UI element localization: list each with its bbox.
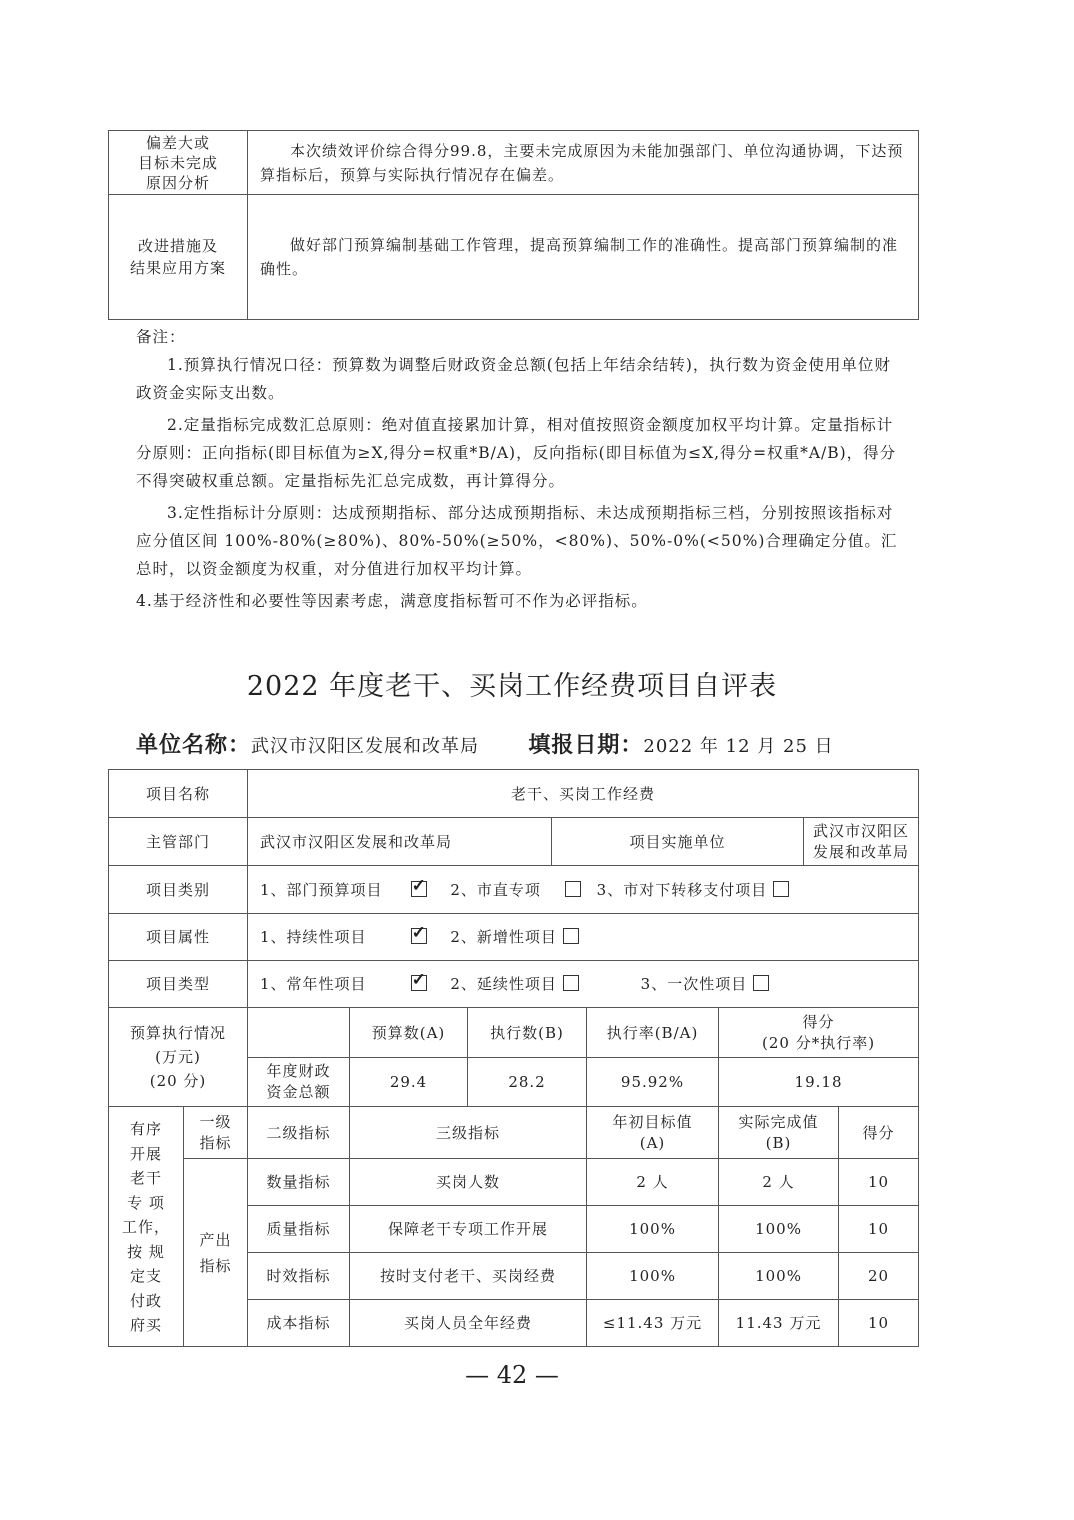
dept-label: 主管部门: [109, 818, 248, 866]
level1-value: 产出 指标: [184, 1159, 248, 1347]
date-value: 2022 年 12 月 25 日: [643, 736, 833, 757]
level2-cell: 数量指标: [248, 1159, 350, 1206]
actual-cell: 100%: [719, 1253, 839, 1300]
category-option-2: 2、市直专项: [450, 881, 541, 899]
note-item-4: 4.基于经济性和必要性等因素考虑，满意度指标暂可不作为必评指标。: [136, 587, 906, 615]
level3-header: 三级指标: [350, 1107, 587, 1159]
table-row: 产出 指标 数量指标 买岗人数 2 人 2 人 10: [109, 1159, 919, 1206]
score-cell: 10: [839, 1206, 919, 1253]
actual-cell: 11.43 万元: [719, 1300, 839, 1347]
category-option-1: 1、部门预算项目: [260, 881, 383, 899]
notes: 备注： 1.预算执行情况口径：预算数为调整后财政资金总额(包括上年结余结转)，执…: [136, 323, 906, 615]
improvement-label: 改进措施及 结果应用方案: [109, 195, 248, 320]
page-number: — 42 —: [0, 1361, 1024, 1389]
note-item-3: 3.定性指标计分原则：达成预期指标、部分达成预期指标、未达成预期指标三档，分别按…: [136, 499, 906, 583]
self-eval-table: 项目名称 老干、买岗工作经费 主管部门 武汉市汉阳区发展和改革局 项目实施单位 …: [108, 769, 919, 1347]
budget-header-b: 执行数(B): [468, 1008, 587, 1058]
level2-cell: 时效指标: [248, 1253, 350, 1300]
category-label: 项目类别: [109, 866, 248, 914]
budget-header-blank: [248, 1008, 350, 1058]
notes-heading: 备注：: [136, 323, 906, 351]
attribute-option-2: 2、新增性项目: [450, 928, 557, 946]
unit-value: 武汉市汉阳区发展和改革局: [251, 736, 479, 757]
note-item-2: 2.定量指标完成数汇总原则：绝对值直接累加计算，相对值按照资金额度加权平均计算。…: [136, 411, 906, 495]
level3-cell: 保障老干专项工作开展: [350, 1206, 587, 1253]
target-cell: 2 人: [587, 1159, 719, 1206]
exec-b-value: 28.2: [468, 1058, 587, 1107]
attribute-label: 项目属性: [109, 914, 248, 961]
form-meta: 单位名称：武汉市汉阳区发展和改革局 填报日期：2022 年 12 月 25 日: [136, 728, 834, 759]
level3-cell: 买岗人数: [350, 1159, 587, 1206]
checkbox-checked-icon[interactable]: [411, 881, 427, 897]
actual-cell: 100%: [719, 1206, 839, 1253]
type-options: 1、常年性项目 2、延续性项目 3、一次性项目: [248, 961, 919, 1008]
form-title: 2022 年度老干、买岗工作经费项目自评表: [0, 664, 1024, 703]
type-option-1: 1、常年性项目: [260, 975, 367, 993]
checkbox-checked-icon[interactable]: [411, 975, 427, 991]
budget-a-value: 29.4: [350, 1058, 468, 1107]
impl-value: 武汉市汉阳区 发展和改革局: [804, 818, 919, 866]
target-cell: ≤11.43 万元: [587, 1300, 719, 1347]
project-name-value: 老干、买岗工作经费: [248, 770, 919, 818]
exec-rate-value: 95.92%: [587, 1058, 719, 1107]
score-header: 得分: [839, 1107, 919, 1159]
budget-row-label: 年度财政 资金总额: [248, 1058, 350, 1107]
budget-score-value: 19.18: [719, 1058, 919, 1107]
checkbox-checked-icon[interactable]: [411, 928, 427, 944]
level3-cell: 买岗人员全年经费: [350, 1300, 587, 1347]
score-cell: 20: [839, 1253, 919, 1300]
type-option-2: 2、延续性项目: [450, 975, 557, 993]
project-name-label: 项目名称: [109, 770, 248, 818]
deviation-label: 偏差大或 目标未完成 原因分析: [109, 131, 248, 195]
actual-cell: 2 人: [719, 1159, 839, 1206]
date-label: 填报日期：: [528, 732, 643, 758]
deviation-table: 偏差大或 目标未完成 原因分析 本次绩效评价综合得分99.8，主要未完成原因为未…: [108, 130, 919, 320]
dept-value: 武汉市汉阳区发展和改革局: [248, 818, 552, 866]
checkbox-empty-icon[interactable]: [563, 928, 579, 944]
type-label: 项目类型: [109, 961, 248, 1008]
level1-header: 一级 指标: [184, 1107, 248, 1159]
goal-label: 有序 开展 老干 专 项 工作， 按 规 定支 付政 府买: [109, 1107, 184, 1347]
score-cell: 10: [839, 1300, 919, 1347]
budget-header-score: 得分 (20 分*执行率): [719, 1008, 919, 1058]
category-option-3: 3、市对下转移支付项目: [597, 881, 768, 899]
score-cell: 10: [839, 1159, 919, 1206]
improvement-content: 做好部门预算编制基础工作管理，提高预算编制工作的准确性。提高部门预算编制的准确性…: [248, 195, 919, 320]
level2-cell: 质量指标: [248, 1206, 350, 1253]
checkbox-empty-icon[interactable]: [565, 881, 581, 897]
type-option-3: 3、一次性项目: [641, 975, 748, 993]
category-options: 1、部门预算项目 2、市直专项 3、市对下转移支付项目: [248, 866, 919, 914]
impl-label: 项目实施单位: [552, 818, 804, 866]
level2-cell: 成本指标: [248, 1300, 350, 1347]
attribute-options: 1、持续性项目 2、新增性项目: [248, 914, 919, 961]
level3-cell: 按时支付老干、买岗经费: [350, 1253, 587, 1300]
target-cell: 100%: [587, 1253, 719, 1300]
budget-header-rate: 执行率(B/A): [587, 1008, 719, 1058]
target-header: 年初目标值 (A): [587, 1107, 719, 1159]
deviation-content: 本次绩效评价综合得分99.8，主要未完成原因为未能加强部门、单位沟通协调，下达预…: [248, 131, 919, 195]
target-cell: 100%: [587, 1206, 719, 1253]
actual-header: 实际完成值 (B): [719, 1107, 839, 1159]
budget-label: 预算执行情况 (万元) (20 分): [109, 1008, 248, 1107]
level2-header: 二级指标: [248, 1107, 350, 1159]
note-item-1: 1.预算执行情况口径：预算数为调整后财政资金总额(包括上年结余结转)，执行数为资…: [136, 351, 906, 407]
unit-label: 单位名称：: [136, 732, 251, 758]
checkbox-empty-icon[interactable]: [773, 881, 789, 897]
attribute-option-1: 1、持续性项目: [260, 928, 367, 946]
budget-header-a: 预算数(A): [350, 1008, 468, 1058]
checkbox-empty-icon[interactable]: [753, 975, 769, 991]
checkbox-empty-icon[interactable]: [563, 975, 579, 991]
